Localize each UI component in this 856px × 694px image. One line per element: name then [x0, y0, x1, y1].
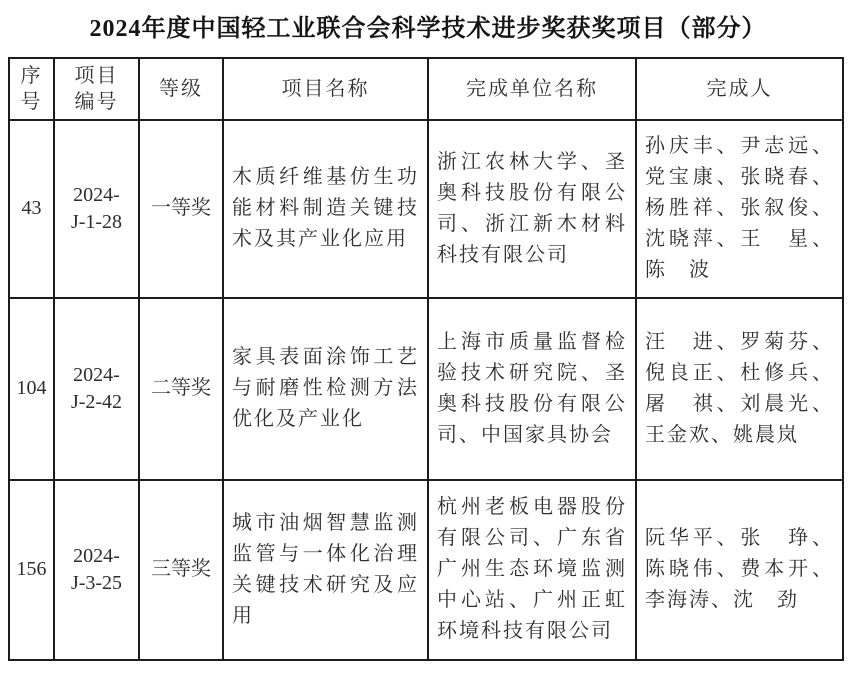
cell-grade: 二等奖 [139, 298, 223, 480]
cell-grade: 一等奖 [139, 120, 223, 298]
header-people: 完成人 [636, 58, 843, 120]
header-index: 序 号 [9, 58, 54, 120]
cell-project-name: 城市油烟智慧监测监管与一体化治理关键技术研究及应用 [223, 480, 428, 660]
cell-index: 43 [9, 120, 54, 298]
cell-index: 156 [9, 480, 54, 660]
cell-people: 阮华平、张 琤、陈晓伟、费本开、李海涛、沈 劲 [636, 480, 843, 660]
table-row: 156 2024- J-3-25 三等奖 城市油烟智慧监测监管与一体化治理关键技… [9, 480, 843, 660]
cell-project-no: 2024- J-1-28 [54, 120, 139, 298]
header-project-name: 项目名称 [223, 58, 428, 120]
header-project-no: 项目 编号 [54, 58, 139, 120]
page-title: 2024年度中国轻工业联合会科学技术进步奖获奖项目（部分） [0, 0, 856, 57]
cell-project-no: 2024- J-3-25 [54, 480, 139, 660]
header-row: 序 号 项目 编号 等级 项目名称 完成单位名称 完成人 [9, 58, 843, 120]
cell-index: 104 [9, 298, 54, 480]
cell-project-no: 2024- J-2-42 [54, 298, 139, 480]
cell-project-name: 木质纤维基仿生功能材料制造关键技术及其产业化应用 [223, 120, 428, 298]
header-grade: 等级 [139, 58, 223, 120]
table-row: 104 2024- J-2-42 二等奖 家具表面涂饰工艺与耐磨性检测方法优化及… [9, 298, 843, 480]
table-row: 43 2024- J-1-28 一等奖 木质纤维基仿生功能材料制造关键技术及其产… [9, 120, 843, 298]
cell-units: 浙江农林大学、圣奥科技股份有限公司、浙江新木材料科技有限公司 [428, 120, 636, 298]
cell-people: 孙庆丰、尹志远、党宝康、张晓春、杨胜祥、张叙俊、沈晓萍、王 星、陈 波 [636, 120, 843, 298]
cell-grade: 三等奖 [139, 480, 223, 660]
cell-project-name: 家具表面涂饰工艺与耐磨性检测方法优化及产业化 [223, 298, 428, 480]
cell-units: 杭州老板电器股份有限公司、广东省广州生态环境监测中心站、广州正虹环境科技有限公司 [428, 480, 636, 660]
award-document-page: 2024年度中国轻工业联合会科学技术进步奖获奖项目（部分） 序 号 项目 编号 … [0, 0, 856, 661]
awards-table: 序 号 项目 编号 等级 项目名称 完成单位名称 完成人 43 2024- J-… [8, 57, 844, 661]
cell-people: 汪 进、罗菊芬、倪良正、杜修兵、屠 祺、刘晨光、王金欢、姚晨岚 [636, 298, 843, 480]
header-units: 完成单位名称 [428, 58, 636, 120]
cell-units: 上海市质量监督检验技术研究院、圣奥科技股份有限公司、中国家具协会 [428, 298, 636, 480]
